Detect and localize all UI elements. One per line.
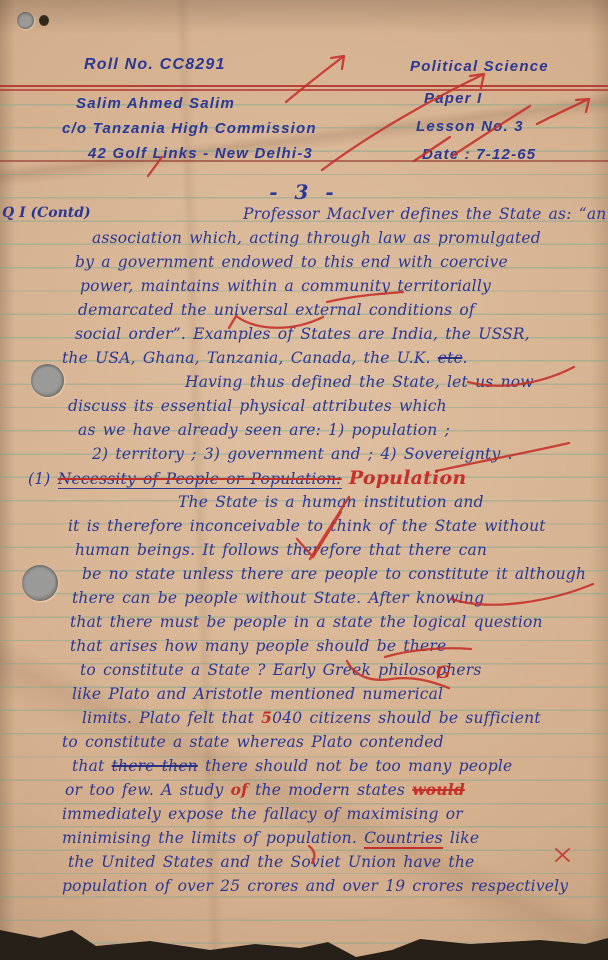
handwriting-line: the USA, Ghana, Tanzania, Canada, the U.… [62, 346, 604, 370]
body-lines: Professor MacIver defines the State as: … [0, 202, 604, 898]
handwriting-line: social order”. Examples of States are In… [75, 322, 604, 346]
handwriting-segment: the modern states [248, 781, 412, 799]
handwriting-segment: like [443, 829, 479, 847]
handwriting-segment: that arises how many people should be th… [70, 637, 446, 655]
handwriting-segment: (1) [28, 470, 58, 488]
handwriting-line: discuss its essential physical attribute… [68, 394, 604, 418]
handwriting-segment: or too few. A study [65, 781, 231, 799]
handwriting-segment: to constitute a State ? Early Greek phil… [80, 661, 482, 679]
handwriting-segment: would [412, 780, 465, 799]
handwriting-segment: Population [349, 467, 467, 489]
handwriting-segment: like Plato and Aristotle mentioned numer… [72, 685, 443, 703]
handwriting-segment: Necessity of People or Population: [58, 470, 342, 489]
ink-stain [39, 15, 49, 26]
handwriting-line: limits. Plato felt that 5040 citizens sh… [82, 706, 604, 730]
red-margin-rule-top [0, 85, 608, 87]
date-field: Date : 7-12-65 [422, 146, 536, 163]
handwriting-segment [342, 470, 349, 488]
handwriting-line: immediately expose the fallacy of maximi… [62, 802, 604, 826]
handwriting-line: Professor MacIver defines the State as: … [243, 202, 604, 226]
page-number: - 3 - [0, 180, 608, 204]
handwriting-line: as we have already seen are: 1) populati… [78, 418, 604, 442]
handwriting-segment: power, maintains within a community terr… [80, 277, 491, 295]
handwriting-segment: . [462, 349, 467, 367]
handwriting-line: association which, acting through law as… [92, 226, 604, 250]
handwriting-segment: social order”. Examples of States are In… [75, 325, 530, 343]
handwriting-segment: there then [112, 757, 198, 775]
handwriting-segment: immediately expose the fallacy of maximi… [62, 805, 463, 823]
handwriting-line: (1) Necessity of People or Population: P… [28, 466, 604, 490]
handwriting-line: by a government endowed to this end with… [75, 250, 604, 274]
handwriting-segment: that [72, 757, 112, 775]
paper-number: Paper I [424, 90, 482, 107]
handwriting-segment: by a government endowed to this end with… [75, 253, 508, 271]
lesson-number: Lesson No. 3 [416, 118, 524, 135]
handwriting-segment: The State is a human institution and [178, 493, 484, 511]
handwriting-segment: there should not be too many people [198, 757, 512, 775]
handwriting-segment: 040 citizens should be sufficient [272, 709, 541, 727]
handwriting-line: to constitute a state whereas Plato cont… [62, 730, 604, 754]
handwriting-line: minimising the limits of population. Cou… [62, 826, 604, 850]
handwriting-segment: Countries [364, 829, 443, 849]
handwriting-line: human beings. It follows therefore that … [75, 538, 604, 562]
notebook-paper: Roll No. CC8291 Salim Ahmed Salim c/o Ta… [0, 0, 608, 960]
subject-title: Political Science [410, 58, 549, 75]
handwriting-line: or too few. A study of the modern states… [65, 778, 604, 802]
handwriting-line: the United States and the Soviet Union h… [68, 850, 604, 874]
handwriting-line: there can be people without State. After… [72, 586, 604, 610]
roll-number: Roll No. CC8291 [84, 56, 226, 74]
handwriting-segment: that there must be people in a state the… [70, 613, 543, 631]
handwriting-line: 2) territory ; 3) government and ; 4) So… [92, 442, 604, 466]
handwriting-segment: 5 [261, 708, 272, 727]
handwriting-segment: it is therefore inconceivable to think o… [68, 517, 546, 535]
handwriting-line: that there must be people in a state the… [70, 610, 604, 634]
handwriting-segment: to constitute a state whereas Plato cont… [62, 733, 444, 751]
handwriting-line: population of over 25 crores and over 19… [62, 874, 604, 898]
handwriting-segment: etc [438, 349, 463, 367]
punch-hole-icon [17, 12, 34, 29]
handwriting-line: it is therefore inconceivable to think o… [68, 514, 604, 538]
handwriting-line: that there then there should not be too … [72, 754, 604, 778]
handwriting-segment: minimising the limits of population. [62, 829, 364, 847]
handwriting-line: power, maintains within a community terr… [80, 274, 604, 298]
handwriting-segment: be no state unless there are people to c… [82, 565, 586, 583]
handwriting-segment: Having thus defined the State, let us no… [185, 373, 534, 391]
address-line-1: c/o Tanzania High Commission [62, 120, 317, 137]
handwriting-segment: demarcated the universal external condit… [78, 301, 475, 319]
handwriting-line: to constitute a State ? Early Greek phil… [80, 658, 604, 682]
handwriting-segment: 2) territory ; 3) government and ; 4) So… [92, 445, 513, 463]
handwriting-segment: population of over 25 crores and over 19… [62, 877, 568, 895]
handwriting-segment: Professor MacIver defines the State as: … [243, 205, 606, 223]
handwriting-segment: association which, acting through law as… [92, 229, 541, 247]
red-letter-correction: G [436, 663, 451, 683]
handwriting-line: that arises how many people should be th… [70, 634, 604, 658]
handwriting-line: The State is a human institution and [178, 490, 604, 514]
handwriting-line: Having thus defined the State, let us no… [185, 370, 604, 394]
handwriting-line: demarcated the universal external condit… [78, 298, 604, 322]
address-line-2: 42 Golf Links - New Delhi-3 [88, 145, 313, 162]
handwriting-segment: of [231, 780, 248, 799]
handwriting-segment: the USA, Ghana, Tanzania, Canada, the U.… [62, 349, 438, 367]
handwriting-segment: human beings. It follows therefore that … [75, 541, 487, 559]
handwriting-segment: there can be people without State. After… [72, 589, 484, 607]
handwriting-line: be no state unless there are people to c… [82, 562, 604, 586]
student-name: Salim Ahmed Salim [76, 95, 235, 112]
handwriting-segment: limits. Plato felt that [82, 709, 261, 727]
handwriting-segment: the United States and the Soviet Union h… [68, 853, 474, 871]
handwriting-segment: as we have already seen are: 1) populati… [78, 421, 450, 439]
handwriting-line: like Plato and Aristotle mentioned numer… [72, 682, 604, 706]
red-margin-rule-bottom [0, 89, 608, 91]
handwriting-segment: discuss its essential physical attribute… [68, 397, 447, 415]
